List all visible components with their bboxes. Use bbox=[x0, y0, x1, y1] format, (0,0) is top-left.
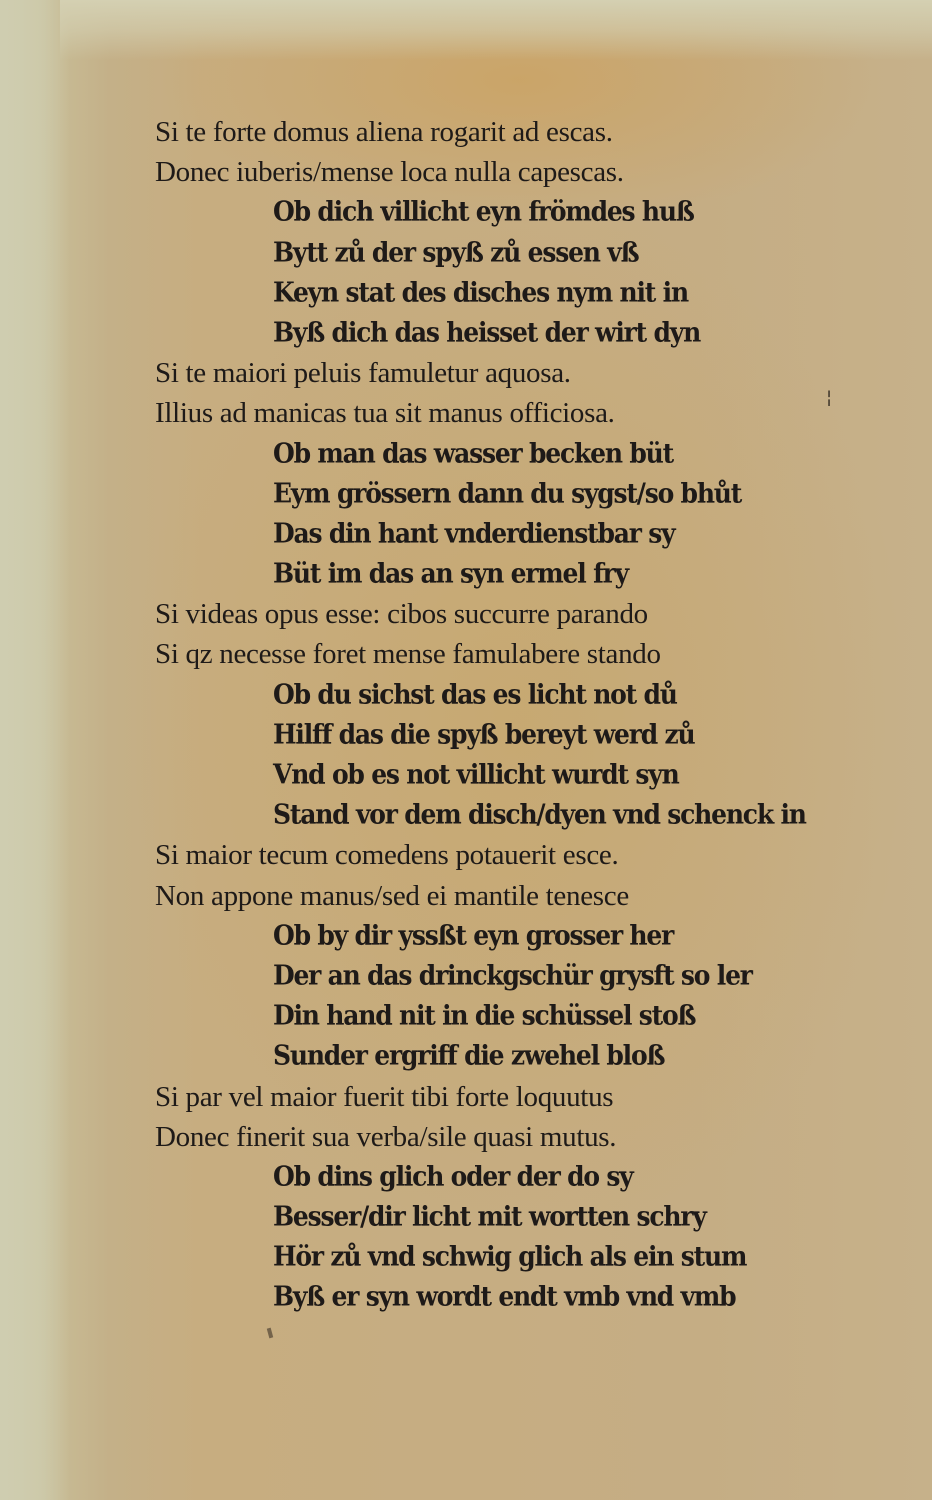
page-edge-left bbox=[0, 0, 70, 1500]
latin-line: Non appone manus/sed ei mantile tenesce bbox=[155, 876, 875, 916]
german-line: Keyn stat des disches nym nit in bbox=[155, 271, 875, 314]
german-line: Büt im das an syn ermel fry bbox=[155, 552, 875, 595]
german-line: Bytt zů der spyß zů essen vß bbox=[155, 231, 875, 274]
latin-line: Si te maiori peluis famuletur aquosa. bbox=[155, 353, 875, 393]
aged-paper-page: Si te forte domus aliena rogarit ad esca… bbox=[0, 0, 932, 1500]
german-line: Das din hant vnderdienstbar sy bbox=[155, 512, 875, 555]
german-line: Din hand nit in die schüssel stoß bbox=[155, 995, 875, 1038]
latin-line: Illius ad manicas tua sit manus officios… bbox=[155, 393, 875, 433]
latin-line: Donec iuberis/mense loca nulla capescas. bbox=[155, 152, 875, 192]
german-line: Byß dich das heisset der wirt dyn bbox=[155, 311, 875, 354]
german-line: Hör zů vnd schwig glich als ein stum bbox=[155, 1236, 875, 1279]
german-line: Vnd ob es not villicht wurdt syn bbox=[155, 753, 875, 796]
margin-mark: ¦ bbox=[826, 393, 829, 423]
latin-line: Si par vel maior fuerit tibi forte loquu… bbox=[155, 1077, 875, 1117]
latin-line: Si qz necesse foret mense famulabere sta… bbox=[155, 634, 875, 674]
page-edge-top bbox=[60, 0, 932, 60]
german-line: Sunder ergriff die zwehel bloß bbox=[155, 1035, 875, 1078]
ink-speck bbox=[267, 1328, 273, 1339]
german-line: Eym grössern dann du sygst/so bhůt bbox=[155, 472, 875, 515]
german-line: Byß er syn wordt endt vmb vnd vmb bbox=[155, 1276, 875, 1319]
german-line: Ob du sichst das es licht not dů bbox=[155, 673, 875, 716]
german-line: Ob man das wasser becken büt bbox=[155, 432, 875, 475]
latin-line: Si te forte domus aliena rogarit ad esca… bbox=[155, 112, 875, 152]
latin-line: Si videas opus esse: cibos succurre para… bbox=[155, 594, 875, 634]
german-line: Ob dins glich oder der do sy bbox=[155, 1155, 875, 1198]
german-line: Hilff das die spyß bereyt werd zů bbox=[155, 713, 875, 756]
german-line: Ob by dir yssßt eyn grosser her bbox=[155, 914, 875, 957]
german-line: Der an das drinckgschür grysft so ler bbox=[155, 954, 875, 997]
latin-line: Si maior tecum comedens potauerit esce. bbox=[155, 835, 875, 875]
german-line: Stand vor dem disch/dyen vnd schenck in bbox=[155, 794, 875, 837]
german-line: Ob dich villicht eyn frömdes huß bbox=[155, 191, 875, 234]
german-line: Besser/dir licht mit wortten schry bbox=[155, 1195, 875, 1238]
latin-line: Donec finerit sua verba/sile quasi mutus… bbox=[155, 1117, 875, 1157]
text-block: Si te forte domus aliena rogarit ad esca… bbox=[155, 112, 875, 1318]
